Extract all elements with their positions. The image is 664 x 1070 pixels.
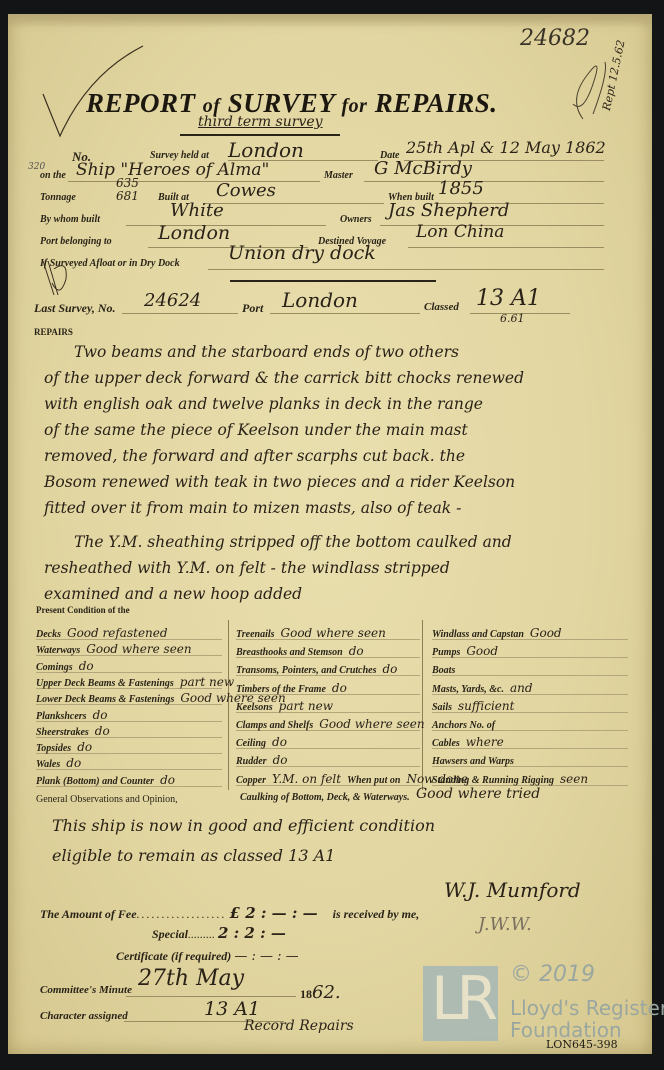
condition-label: Masts, Yards, &c. <box>432 684 504 695</box>
repairs-line: Two beams and the starboard ends of two … <box>44 339 634 365</box>
tonnage-label: Tonnage <box>40 192 76 203</box>
caulking-label: Caulking of Bottom, Deck, & Waterways. <box>240 792 410 803</box>
condition-value: Good where seen <box>319 717 424 731</box>
on-the-label: on the <box>40 170 66 181</box>
when-built-value: 1855 <box>438 178 484 199</box>
by-whom-label: By whom built <box>40 214 100 225</box>
condition-label: Keelsons <box>236 702 273 713</box>
condition-label: Ceiling <box>236 738 266 749</box>
master-value: G McBirdy <box>374 158 472 179</box>
condition-value: Good where seen <box>86 642 191 656</box>
document-number: 24682 <box>520 26 590 51</box>
repairs-label: REPAIRS <box>34 327 73 337</box>
certificate-row: Certificate (if required) — : — : — <box>116 949 299 964</box>
last-survey-label: Last Survey, No. <box>34 301 116 316</box>
present-condition-heading: Present Condition of the <box>36 605 130 615</box>
condition-label: Comings <box>36 662 73 673</box>
condition-value: do <box>273 753 288 767</box>
survey-type: third term survey <box>198 114 323 130</box>
condition-value: Good <box>466 644 498 658</box>
condition-label: Waterways <box>36 645 80 656</box>
owners-value: Jas Shepherd <box>388 200 509 221</box>
condition-value: sufficient <box>458 699 514 713</box>
repairs-line: with english oak and twelve planks in de… <box>44 391 634 417</box>
committee-minute-label: Committee's Minute <box>40 984 132 996</box>
condition-label: Sheerstrakes <box>36 727 89 738</box>
condition-row: PumpsGood <box>432 644 628 658</box>
condition-label: Plankshcers <box>36 711 87 722</box>
survey-held-value: London <box>228 138 304 162</box>
observations-label: General Observations and Opinion, <box>36 794 178 805</box>
repairs-text: Two beams and the starboard ends of two … <box>44 339 634 607</box>
port-value: London <box>158 222 230 244</box>
condition-value: do <box>79 659 94 673</box>
condition-value: part new <box>180 675 234 689</box>
tonnage-value-2: 681 <box>116 189 139 203</box>
repairs-line: The Y.M. sheathing stripped off the bott… <box>44 529 634 555</box>
condition-row: Masts, Yards, &c.and <box>432 681 628 695</box>
condition-value: seen <box>560 772 588 786</box>
condition-value: and <box>510 681 533 695</box>
condition-row: Standing & Running Riggingseen <box>432 772 628 786</box>
condition-label: Upper Deck Beams & Fastenings <box>36 678 174 689</box>
condition-row: Walesdo <box>36 756 222 770</box>
condition-label: Rudder <box>236 756 267 767</box>
master-label: Master <box>324 170 353 181</box>
last-survey-port-label: Port <box>242 301 263 316</box>
condition-row: Topsidesdo <box>36 740 222 754</box>
condition-row: Transoms, Pointers, and Crutchesdo <box>236 662 420 676</box>
afloat-value: Union dry dock <box>228 242 376 264</box>
surveyor-signature: W.J. Mumford <box>444 878 581 902</box>
repairs-line: resheathed with Y.M. on felt - the windl… <box>44 555 634 581</box>
condition-label: Boats <box>432 665 455 676</box>
caulking-value: Good where tried <box>416 786 540 802</box>
condition-row: Sheerstrakesdo <box>36 724 222 738</box>
tonnage-value-1: 635 <box>116 176 139 190</box>
condition-value: do <box>383 662 398 676</box>
condition-row: Breasthooks and Stemsondo <box>236 644 420 658</box>
classed-label: Classed <box>424 301 459 313</box>
condition-label: Breasthooks and Stemson <box>236 647 343 658</box>
initials-mark-icon <box>38 259 88 299</box>
last-survey-port-value: London <box>282 288 358 312</box>
condition-row: DecksGood refastened <box>36 626 222 640</box>
condition-label: Sails <box>432 702 452 713</box>
lr-logo: LR <box>423 966 498 1041</box>
repairs-line: Bosom renewed with teak in two pieces an… <box>44 469 634 495</box>
voyage-value: Lon China <box>416 222 504 242</box>
committee-minute-value: 27th May <box>138 966 244 991</box>
condition-row: Clamps and ShelfsGood where seen <box>236 717 420 731</box>
ship-name-value: Ship "Heroes of Alma" <box>76 160 269 180</box>
condition-value: Good refastened <box>67 626 168 640</box>
condition-value: do <box>272 735 287 749</box>
condition-value: do <box>160 773 175 787</box>
condition-row: Comingsdo <box>36 659 222 673</box>
surveyor-initials: J.W.W. <box>478 914 532 935</box>
condition-row: Boats <box>432 662 628 676</box>
condition-label: Pumps <box>432 647 460 658</box>
condition-row: WaterwaysGood where seen <box>36 642 222 656</box>
classed-value: 13 A1 <box>476 286 541 311</box>
condition-label: Plank (Bottom) and Counter <box>36 776 154 787</box>
condition-value: do <box>332 681 347 695</box>
character-assigned-value: 13 A1 <box>204 998 260 1020</box>
condition-label: Hawsers and Warps <box>432 756 514 767</box>
observations-text: This ship is now in good and efficient c… <box>44 811 634 871</box>
condition-value: Good where seen <box>281 626 386 640</box>
condition-label: Treenails <box>236 629 275 640</box>
archive-reference: LON645-398 <box>546 1038 618 1051</box>
watermark-copyright: © 2019 <box>510 962 595 987</box>
condition-value: do <box>349 644 364 658</box>
by-whom-value: White <box>170 200 224 221</box>
condition-label: Timbers of the Frame <box>236 684 326 695</box>
owners-label: Owners <box>340 214 372 225</box>
repairs-line: fitted over it from main to mizen masts,… <box>44 495 634 521</box>
condition-extra-label: When put on <box>347 775 400 786</box>
repairs-line: of the same the piece of Keelson under t… <box>44 417 634 443</box>
condition-row: Hawsers and Warps <box>432 753 628 767</box>
condition-label: Cables <box>432 738 460 749</box>
last-survey-number: 24624 <box>144 290 201 311</box>
condition-row: Ceilingdo <box>236 735 420 749</box>
condition-value: part new <box>279 699 333 713</box>
condition-label: Windlass and Capstan <box>432 629 524 640</box>
observation-line: eligible to remain as classed 13 A1 <box>44 841 634 871</box>
special-row: Special......... 2 : 2 : — <box>152 924 286 942</box>
condition-value: Good <box>530 626 562 640</box>
repairs-line: removed, the forward and after scarphs c… <box>44 443 634 469</box>
fee-row: The Amount of Fee.................. £ 2 … <box>40 904 419 922</box>
condition-row: Upper Deck Beams & Fasteningspart new <box>36 675 222 689</box>
condition-label: Standing & Running Rigging <box>432 775 554 786</box>
survey-document: 24682 REPORT of SURVEY for REPAIRS. Rept… <box>8 14 652 1054</box>
character-note: Record Repairs <box>244 1018 354 1034</box>
repairs-line: of the upper deck forward & the carrick … <box>44 365 634 391</box>
character-assigned-label: Character assigned <box>40 1010 128 1022</box>
condition-row: CopperY.M. on feltWhen put onNow done <box>236 772 420 786</box>
condition-row: Keelsonspart new <box>236 699 420 713</box>
condition-row: Anchors No. of <box>432 717 628 731</box>
condition-value: do <box>77 740 92 754</box>
condition-label: Topsides <box>36 743 71 754</box>
condition-row: Cableswhere <box>432 735 628 749</box>
condition-row: Plank (Bottom) and Counterdo <box>36 773 222 787</box>
condition-value: do <box>95 724 110 738</box>
condition-row: Plankshcersdo <box>36 708 222 722</box>
date-value: 25th Apl & 12 May 1862 <box>406 138 606 157</box>
condition-label: Clamps and Shelfs <box>236 720 313 731</box>
condition-row: Lower Deck Beams & FasteningsGood where … <box>36 691 222 705</box>
condition-label: Copper <box>236 775 266 786</box>
built-at-value: Cowes <box>216 180 276 201</box>
condition-value: do <box>93 708 108 722</box>
classed-note: 6.61 <box>500 312 525 325</box>
condition-label: Decks <box>36 629 61 640</box>
condition-label: Transoms, Pointers, and Crutches <box>236 665 377 676</box>
repairs-line: examined and a new hoop added <box>44 581 634 607</box>
watermark-line1: Lloyd's Register <box>510 996 664 1020</box>
observation-line: This ship is now in good and efficient c… <box>44 811 634 841</box>
condition-row: Rudderdo <box>236 753 420 767</box>
condition-row: Timbers of the Framedo <box>236 681 420 695</box>
condition-label: Anchors No. of <box>432 720 495 731</box>
condition-label: Wales <box>36 759 60 770</box>
port-label: Port belonging to <box>40 236 112 247</box>
condition-row: TreenailsGood where seen <box>236 626 420 640</box>
committee-year: 1862. <box>300 982 341 1003</box>
condition-value: do <box>66 756 81 770</box>
condition-row: Sailssufficient <box>432 699 628 713</box>
condition-value: Y.M. on felt <box>272 772 341 786</box>
condition-row: Windlass and CapstanGood <box>432 626 628 640</box>
condition-value: where <box>466 735 504 749</box>
condition-label: Lower Deck Beams & Fastenings <box>36 694 174 705</box>
